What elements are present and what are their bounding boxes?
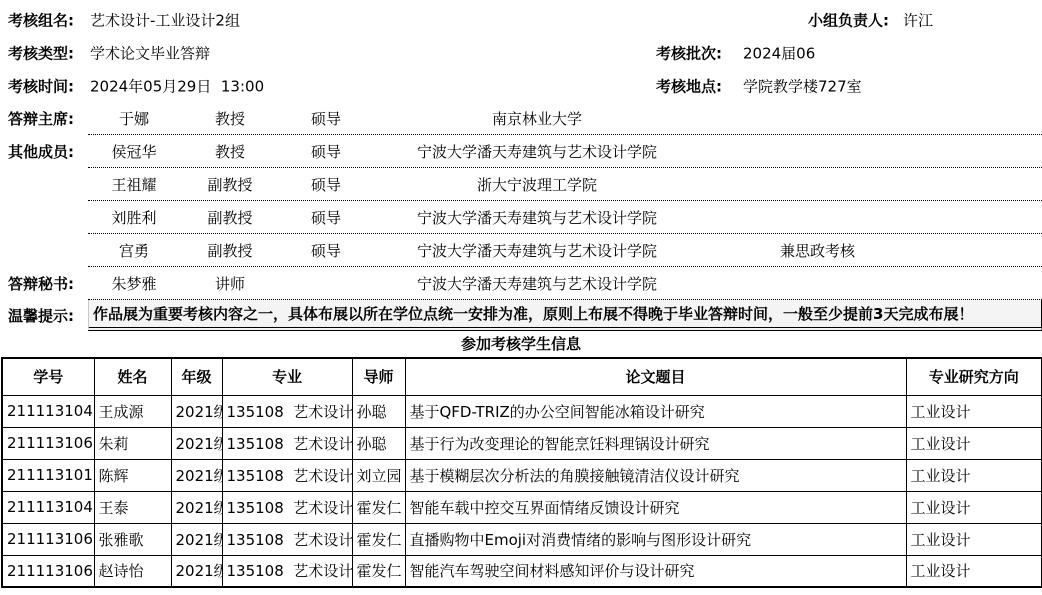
member-institution: 宁波大学潘天寿建筑与艺术设计学院: [372, 141, 702, 162]
form-row-time: 考核时间: 2024年05月29日 13:00 考核地点: 学院教学楼727室: [0, 69, 1042, 102]
committee-row-member: 其他成员: 侯冠华 教授 硕导 宁波大学潘天寿建筑与艺术设计学院: [0, 135, 1042, 168]
group-name-label: 考核组名:: [8, 9, 74, 30]
committee-row-content: 王祖耀 副教授 硕导 浙大宁波理工学院: [88, 168, 1042, 201]
student-field: 工业设计: [906, 427, 1042, 459]
member-mentor-type: 硕导: [280, 174, 372, 195]
student-thesis: 基于模糊层次分析法的角膜接触镜清洁仪设计研究: [405, 459, 906, 491]
student-name: 王泰: [94, 491, 171, 523]
student-major: 135108 艺术设计: [222, 459, 352, 491]
student-id: 2111131048: [2, 491, 94, 523]
row-label-empty: [0, 234, 88, 267]
student-grade: 2021级: [171, 395, 222, 427]
table-row: 2111131017 陈辉 2021级 135108 艺术设计 刘立园 基于模糊…: [2, 459, 1042, 491]
member-institution: 浙大宁波理工学院: [372, 174, 702, 195]
assessment-type-value: 学术论文毕业答辩: [90, 42, 210, 63]
row-label-empty: [0, 201, 88, 234]
table-row: 2111131066 赵诗怡 2021级 135108 艺术设计 霍发仁 智能汽…: [2, 555, 1042, 587]
student-field: 工业设计: [906, 491, 1042, 523]
students-table: 学号 姓名 年级 专业 导师 论文题目 专业研究方向 2111131045 王成…: [1, 357, 1042, 588]
member-name: 宫勇: [88, 240, 180, 261]
student-thesis: 智能车载中控交互界面情绪反馈设计研究: [405, 491, 906, 523]
member-title: 教授: [180, 141, 280, 162]
committee-row-content: 刘胜利 副教授 硕导 宁波大学潘天寿建筑与艺术设计学院: [88, 201, 1042, 234]
group-name-value: 艺术设计-工业设计2组: [90, 9, 240, 30]
member-institution: 宁波大学潘天寿建筑与艺术设计学院: [372, 273, 702, 294]
student-supervisor: 霍发仁: [352, 523, 405, 555]
student-name: 张雅歌: [94, 523, 171, 555]
student-name: 王成源: [94, 395, 171, 427]
col-grade: 年级: [171, 358, 222, 395]
defense-chair-label: 答辩主席:: [0, 102, 88, 135]
member-title: 副教授: [180, 207, 280, 228]
tip-row: 温馨提示: 作品展为重要考核内容之一，具体布展以所在学位点统一安排为准，原则上布…: [0, 300, 1042, 331]
member-title: 教授: [180, 108, 280, 129]
student-id: 2111131045: [2, 395, 94, 427]
student-thesis: 直播购物中Emoji对消费情绪的影响与图形设计研究: [405, 523, 906, 555]
students-header-row: 学号 姓名 年级 专业 导师 论文题目 专业研究方向: [2, 358, 1042, 395]
student-major: 135108 艺术设计: [222, 427, 352, 459]
member-name: 刘胜利: [88, 207, 180, 228]
student-id: 2111131068: [2, 427, 94, 459]
student-id: 2111131017: [2, 459, 94, 491]
defense-secretary-label: 答辩秘书:: [0, 267, 88, 300]
table-row: 2111131045 王成源 2021级 135108 艺术设计 孙聪 基于QF…: [2, 395, 1042, 427]
member-name: 于娜: [88, 108, 180, 129]
assessment-batch-label: 考核批次:: [656, 42, 722, 63]
student-supervisor: 刘立园: [352, 459, 405, 491]
student-grade: 2021级: [171, 459, 222, 491]
committee-row-member: 宫勇 副教授 硕导 宁波大学潘天寿建筑与艺术设计学院 兼思政考核: [0, 234, 1042, 267]
assessment-place-label: 考核地点:: [656, 75, 722, 96]
other-members-label: 其他成员:: [0, 135, 88, 168]
member-name: 朱梦雅: [88, 273, 180, 294]
student-grade: 2021级: [171, 523, 222, 555]
member-name: 王祖耀: [88, 174, 180, 195]
student-supervisor: 孙聪: [352, 427, 405, 459]
form-row-group-name: 考核组名: 艺术设计-工业设计2组 小组负责人: 许江: [0, 3, 1042, 36]
member-mentor-type: 硕导: [280, 240, 372, 261]
committee-row-content: 宫勇 副教授 硕导 宁波大学潘天寿建筑与艺术设计学院 兼思政考核: [88, 234, 1042, 267]
assessment-place-value: 学院教学楼727室: [743, 75, 862, 96]
tip-label: 温馨提示:: [0, 300, 88, 331]
tip-text: 作品展为重要考核内容之一，具体布展以所在学位点统一安排为准，原则上布展不得晚于毕…: [88, 300, 1042, 331]
committee-row-content: 朱梦雅 讲师 宁波大学潘天寿建筑与艺术设计学院: [88, 267, 1042, 300]
student-thesis: 基于QFD-TRIZ的办公空间智能冰箱设计研究: [405, 395, 906, 427]
student-major: 135108 艺术设计: [222, 523, 352, 555]
student-major: 135108 艺术设计: [222, 555, 352, 587]
member-institution: 南京林业大学: [372, 108, 702, 129]
col-name: 姓名: [94, 358, 171, 395]
member-mentor-type: 硕导: [280, 141, 372, 162]
student-name: 赵诗怡: [94, 555, 171, 587]
student-supervisor: 孙聪: [352, 395, 405, 427]
member-institution: 宁波大学潘天寿建筑与艺术设计学院: [372, 207, 702, 228]
student-grade: 2021级: [171, 491, 222, 523]
student-id: 2111131066: [2, 555, 94, 587]
row-label-empty: [0, 168, 88, 201]
student-grade: 2021级: [171, 555, 222, 587]
member-mentor-type: 硕导: [280, 207, 372, 228]
student-supervisor: 霍发仁: [352, 555, 405, 587]
form-row-type: 考核类型: 学术论文毕业答辩 考核批次: 2024届06: [0, 36, 1042, 69]
member-name: 侯冠华: [88, 141, 180, 162]
committee-row-chair: 答辩主席: 于娜 教授 硕导 南京林业大学: [0, 102, 1042, 135]
student-thesis: 智能汽车驾驶空间材料感知评价与设计研究: [405, 555, 906, 587]
member-title: 副教授: [180, 174, 280, 195]
assessment-type-label: 考核类型:: [8, 42, 74, 63]
col-supervisor: 导师: [352, 358, 405, 395]
member-title: 讲师: [180, 273, 280, 294]
group-leader-value: 许江: [903, 9, 933, 30]
member-ideology-note: 兼思政考核: [702, 240, 1042, 261]
student-thesis: 基于行为改变理论的智能烹饪料理锅设计研究: [405, 427, 906, 459]
student-field: 工业设计: [906, 459, 1042, 491]
student-field: 工业设计: [906, 395, 1042, 427]
student-supervisor: 霍发仁: [352, 491, 405, 523]
assessment-time-value: 2024年05月29日 13:00: [90, 75, 264, 96]
student-field: 工业设计: [906, 523, 1042, 555]
student-id: 2111131065: [2, 523, 94, 555]
students-section-title: 参加考核学生信息: [0, 331, 1042, 357]
student-name: 陈辉: [94, 459, 171, 491]
col-student-id: 学号: [2, 358, 94, 395]
committee-row-member: 刘胜利 副教授 硕导 宁波大学潘天寿建筑与艺术设计学院: [0, 201, 1042, 234]
student-field: 工业设计: [906, 555, 1042, 587]
committee-row-secretary: 答辩秘书: 朱梦雅 讲师 宁波大学潘天寿建筑与艺术设计学院: [0, 267, 1042, 300]
group-leader-label: 小组负责人:: [808, 9, 889, 30]
assessment-document: 考核组名: 艺术设计-工业设计2组 小组负责人: 许江 考核类型: 学术论文毕业…: [0, 0, 1042, 595]
committee-row-content: 侯冠华 教授 硕导 宁波大学潘天寿建筑与艺术设计学院: [88, 135, 1042, 168]
table-row: 2111131065 张雅歌 2021级 135108 艺术设计 霍发仁 直播购…: [2, 523, 1042, 555]
assessment-batch-value: 2024届06: [743, 42, 815, 63]
student-grade: 2021级: [171, 427, 222, 459]
col-major: 专业: [222, 358, 352, 395]
col-research-field: 专业研究方向: [906, 358, 1042, 395]
student-major: 135108 艺术设计: [222, 491, 352, 523]
member-mentor-type: 硕导: [280, 108, 372, 129]
committee-row-content: 于娜 教授 硕导 南京林业大学: [88, 102, 1042, 135]
col-thesis-title: 论文题目: [405, 358, 906, 395]
member-institution: 宁波大学潘天寿建筑与艺术设计学院: [372, 240, 702, 261]
student-name: 朱莉: [94, 427, 171, 459]
member-title: 副教授: [180, 240, 280, 261]
assessment-time-label: 考核时间:: [8, 75, 74, 96]
committee-row-member: 王祖耀 副教授 硕导 浙大宁波理工学院: [0, 168, 1042, 201]
table-row: 2111131068 朱莉 2021级 135108 艺术设计 孙聪 基于行为改…: [2, 427, 1042, 459]
student-major: 135108 艺术设计: [222, 395, 352, 427]
table-row: 2111131048 王泰 2021级 135108 艺术设计 霍发仁 智能车载…: [2, 491, 1042, 523]
